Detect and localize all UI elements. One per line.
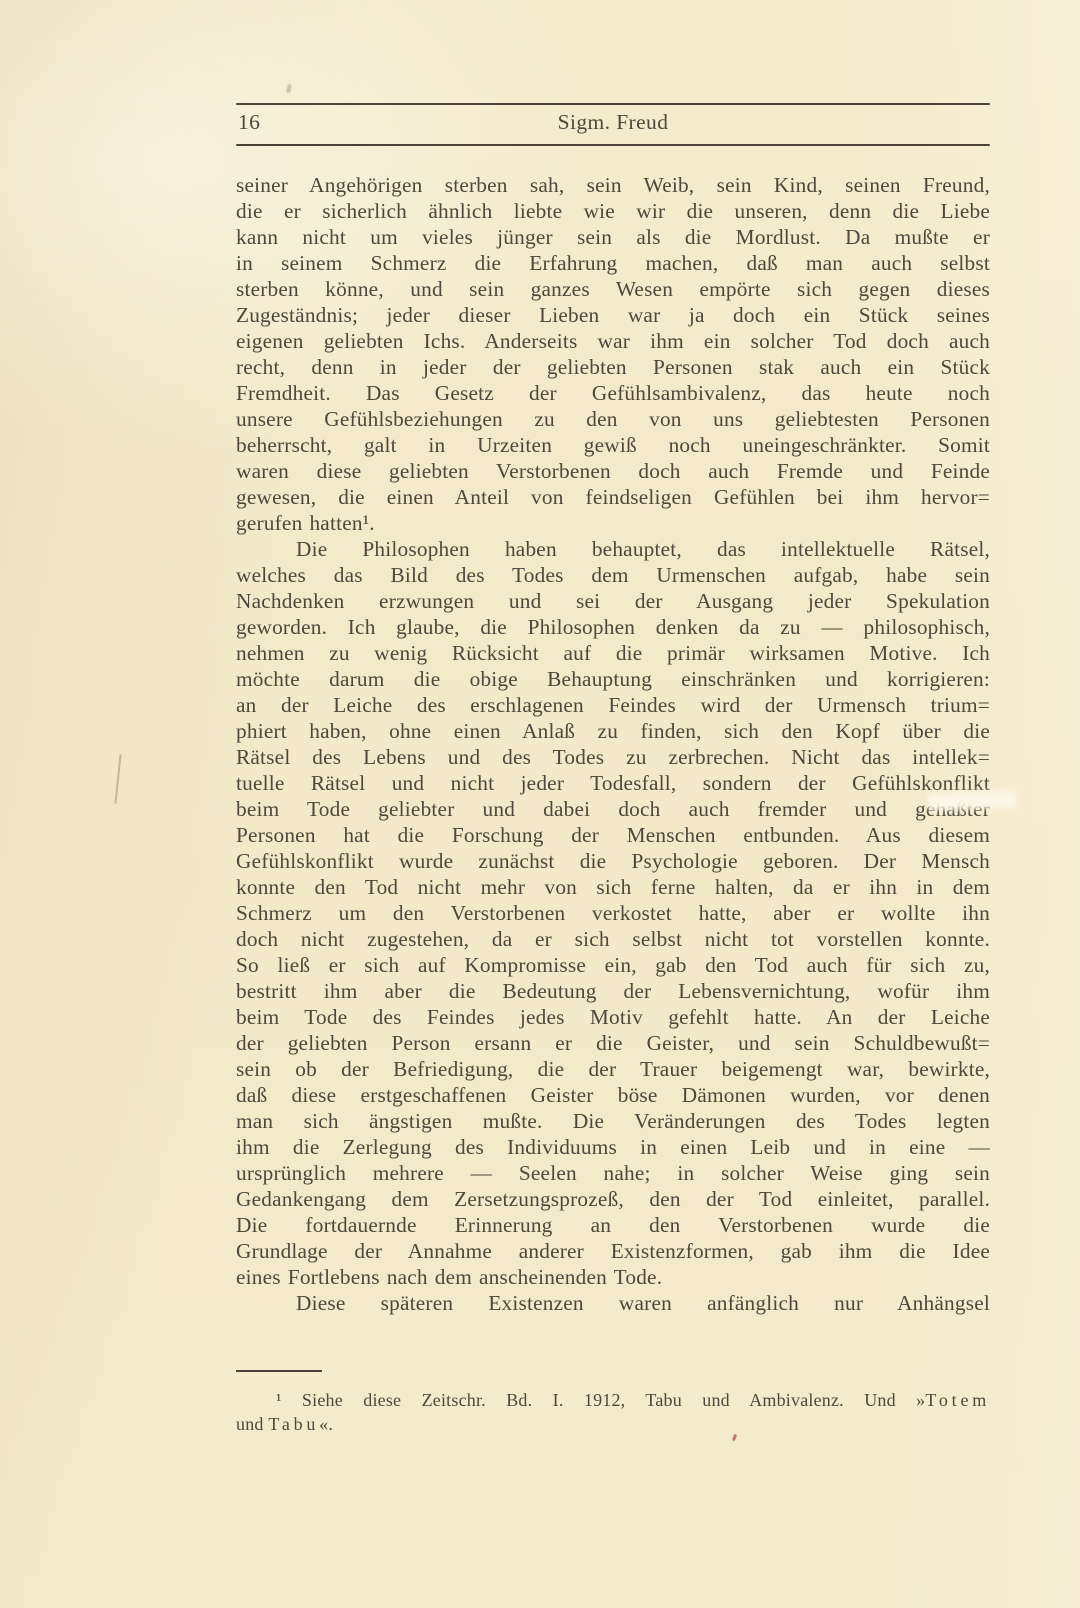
ink-speck-artifact [286, 84, 292, 94]
text-line: unsere Gefühlsbeziehungen zu den von uns… [236, 406, 990, 432]
text-line: recht, denn in jeder der geliebten Perso… [236, 354, 990, 380]
header-rule-bottom [236, 144, 990, 146]
text-line: doch nicht zugestehen, da er sich selbst… [236, 926, 990, 952]
text-line: Gefühlskonflikt wurde zunächst die Psych… [236, 848, 990, 874]
text-line: sterben könne, und sein ganzes Wesen emp… [236, 276, 990, 302]
text-line: möchte darum die obige Behauptung einsch… [236, 666, 990, 692]
text-line: man sich ängstigen mußte. Die Veränderun… [236, 1108, 990, 1134]
footnote: ¹ Siehe diese Zeitschr. Bd. I. 1912, Tab… [236, 1388, 990, 1436]
footnote-line: ¹ Siehe diese Zeitschr. Bd. I. 1912, Tab… [236, 1388, 990, 1412]
text-line: an der Leiche des erschlagenen Feindes w… [236, 692, 990, 718]
text-line: bestritt ihm aber die Bedeutung der Lebe… [236, 978, 990, 1004]
text-line: Personen hat die Forschung der Menschen … [236, 822, 990, 848]
scanned-book-page: 16 Sigm. Freud seiner Angehörigen sterbe… [0, 0, 1080, 1608]
pencil-mark-artifact [114, 754, 121, 804]
header-rule-top [236, 103, 990, 105]
text-line: beim Tode des Feindes jedes Motiv gefehl… [236, 1004, 990, 1030]
text-line: daß diese erstgeschaffenen Geister böse … [236, 1082, 990, 1108]
text-line: beherrscht, galt in Urzeiten gewiß noch … [236, 432, 990, 458]
running-head: Sigm. Freud [236, 110, 990, 135]
text-line: kann nicht um vieles jünger sein als die… [236, 224, 990, 250]
text-line: eines Fortlebens nach dem anscheinenden … [236, 1264, 990, 1290]
text-line: in seinem Schmerz die Erfahrung machen, … [236, 250, 990, 276]
text-line: Die Philosophen haben behauptet, das int… [236, 536, 990, 562]
text-line: eigenen geliebten Ichs. Anderseits war i… [236, 328, 990, 354]
footnote-line: und Tabu«. [236, 1412, 990, 1436]
page-header: 16 Sigm. Freud [236, 108, 990, 142]
body-text: seiner Angehörigen sterben sah, sein Wei… [236, 172, 990, 1316]
text-line: Gedankengang dem Zersetzungsprozeß, den … [236, 1186, 990, 1212]
text-line: Nachdenken erzwungen und sei der Ausgang… [236, 588, 990, 614]
text-line: gewesen, die einen Anteil von feindselig… [236, 484, 990, 510]
text-line: welches das Bild des Todes dem Urmensche… [236, 562, 990, 588]
letterspaced-text: Totem [925, 1390, 990, 1410]
text-line: So ließ er sich auf Kompromisse ein, gab… [236, 952, 990, 978]
text-line: nehmen zu wenig Rücksicht auf die primär… [236, 640, 990, 666]
text-line: Diese späteren Existenzen waren anfängli… [236, 1290, 990, 1316]
text-line: Die fortdauernde Erinnerung an den Verst… [236, 1212, 990, 1238]
footnote-separator [236, 1370, 322, 1372]
text-line: der geliebten Person ersann er die Geist… [236, 1030, 990, 1056]
text-line: Rätsel des Lebens und des Todes zu zerbr… [236, 744, 990, 770]
text-line: tuelle Rätsel und nicht jeder Todesfall,… [236, 770, 990, 796]
text-line: ursprünglich mehrere — Seelen nahe; in s… [236, 1160, 990, 1186]
text-line: Schmerz um den Verstorbenen verkostet ha… [236, 900, 990, 926]
footnote-text: und [236, 1414, 268, 1434]
text-line: Fremdheit. Das Gesetz der Gefühlsambival… [236, 380, 990, 406]
text-line: ihm die Zerlegung des Individuums in ein… [236, 1134, 990, 1160]
text-line: die er sicherlich ähnlich liebte wie wir… [236, 198, 990, 224]
text-line: Grundlage der Annahme anderer Existenzfo… [236, 1238, 990, 1264]
text-line: seiner Angehörigen sterben sah, sein Wei… [236, 172, 990, 198]
text-line: geworden. Ich glaube, die Philosophen de… [236, 614, 990, 640]
smudge-artifact [928, 790, 1017, 810]
text-line: sein ob der Befriedigung, die der Trauer… [236, 1056, 990, 1082]
footnote-text: ¹ Siehe diese Zeitschr. Bd. I. 1912, Tab… [276, 1390, 925, 1410]
text-line: gerufen hatten¹. [236, 510, 990, 536]
text-line: Zugeständnis; jeder dieser Lieben war ja… [236, 302, 990, 328]
text-line: waren diese geliebten Verstorbenen doch … [236, 458, 990, 484]
text-line: konnte den Tod nicht mehr von sich ferne… [236, 874, 990, 900]
footnote-text: «. [319, 1414, 333, 1434]
red-speck-artifact [732, 1434, 737, 1442]
text-line: beim Tode geliebter und dabei doch auch … [236, 796, 990, 822]
letterspaced-text: Tabu [268, 1414, 319, 1434]
text-line: phiert haben, ohne einen Anlaß zu finden… [236, 718, 990, 744]
